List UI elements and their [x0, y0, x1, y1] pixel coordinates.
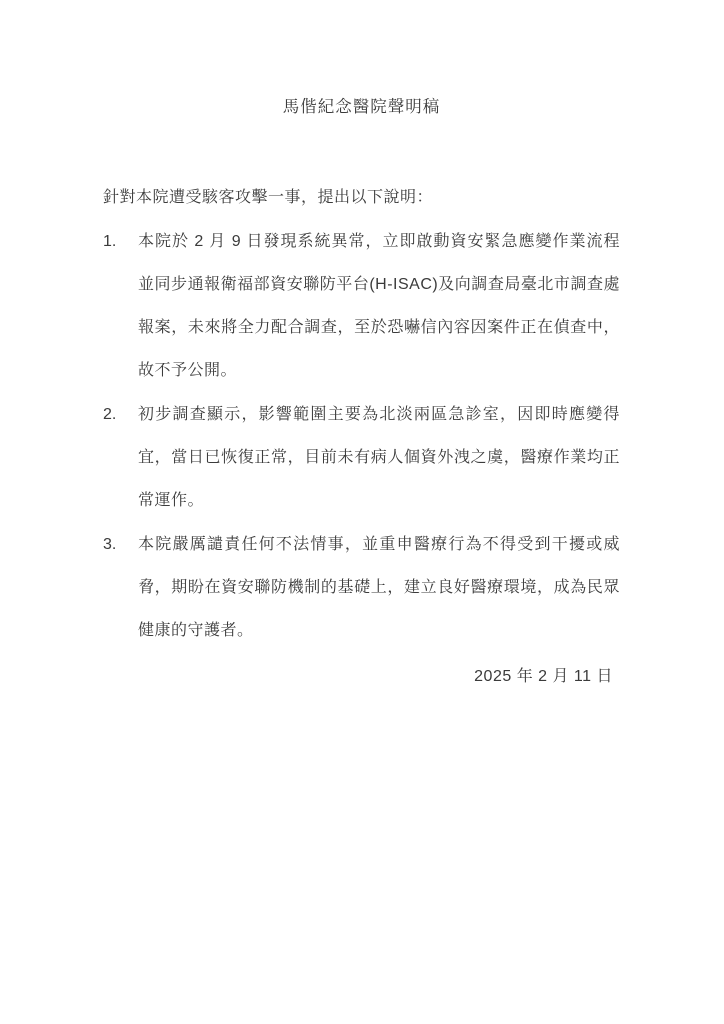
intro-paragraph: 針對本院遭受駭客攻擊一事，提出以下說明： — [103, 176, 620, 219]
item-number: 3. — [103, 523, 138, 566]
statement-list: 1. 本院於 2 月 9 日發現系統異常，立即啟動資安緊急應變作業流程並同步通報… — [103, 220, 620, 652]
list-item: 1. 本院於 2 月 9 日發現系統異常，立即啟動資安緊急應變作業流程並同步通報… — [103, 220, 620, 392]
list-item: 3. 本院嚴厲譴責任何不法情事，並重申醫療行為不得受到干擾或威脅，期盼在資安聯防… — [103, 523, 620, 652]
document-title: 馬偕紀念醫院聲明稿 — [103, 96, 620, 118]
statement-document-page: 馬偕紀念醫院聲明稿 針對本院遭受駭客攻擊一事，提出以下說明： 1. 本院於 2 … — [0, 0, 724, 1024]
item-number: 1. — [103, 220, 138, 263]
item-text: 本院於 2 月 9 日發現系統異常，立即啟動資安緊急應變作業流程並同步通報衛福部… — [138, 220, 620, 392]
item-number: 2. — [103, 393, 138, 436]
item-text: 本院嚴厲譴責任何不法情事，並重申醫療行為不得受到干擾或威脅，期盼在資安聯防機制的… — [138, 523, 620, 652]
item-text: 初步調查顯示，影響範圍主要為北淡兩區急診室，因即時應變得宜，當日已恢復正常，目前… — [138, 393, 620, 522]
list-item: 2. 初步調查顯示，影響範圍主要為北淡兩區急診室，因即時應變得宜，當日已恢復正常… — [103, 393, 620, 522]
date-line: 2025 年 2 月 11 日 — [103, 655, 620, 698]
